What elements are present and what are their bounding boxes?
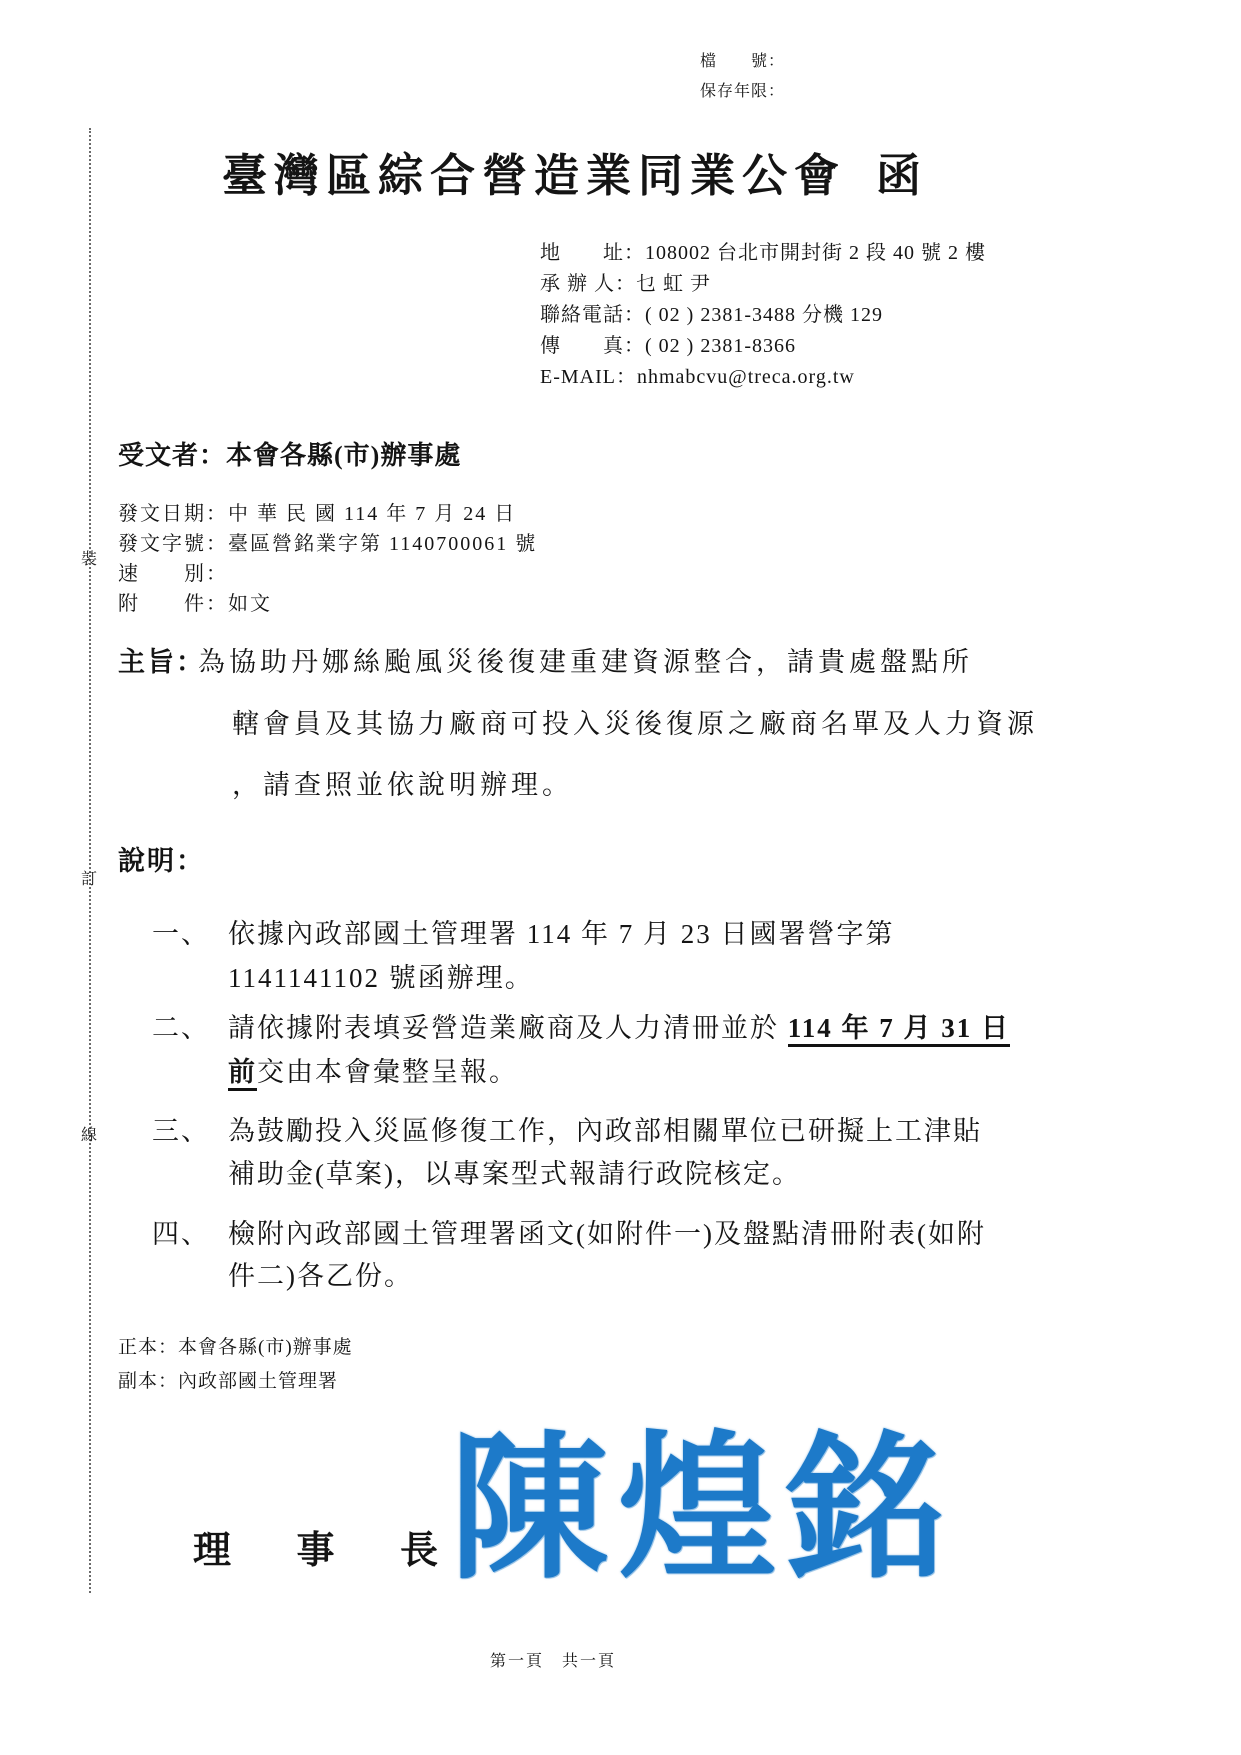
doc-number: 發文字號：臺區營銘業字第 1140700061 號 [118,532,537,557]
subject-line-3: ，請查照並依說明辦理。 [232,769,573,803]
explanation-item2-number: 二、 [152,1012,210,1046]
document-title: 臺灣區綜合營造業同業公會 函 [222,148,921,204]
chairman-title: 理 事 長 [193,1528,466,1576]
contact-person: 承 辦 人：乜 虹 尹 [540,272,711,297]
subject-line-1: 為協助丹娜絲颱風災後復建重建資源整合，請貴處盤點所 [198,646,973,680]
item2-line1-normal: 請依據附表填妥營造業廠商及人力清冊並於 [228,1013,788,1043]
recipient-line: 受文者：本會各縣(市)辦事處 [118,440,461,473]
distribution-copy: 副本：內政部國土管理署 [118,1370,338,1394]
binding-mark-ding: 訂 [81,872,97,888]
speed-class: 速 別： [118,562,228,587]
contact-address: 地 址：108002 台北市開封街 2 段 40 號 2 樓 [540,241,986,266]
explanation-item1-number: 一、 [152,918,210,952]
item2-deadline-part1: 114 年 7 月 31 日 [788,1013,1010,1047]
explanation-item4-line2: 件二)各乙份。 [228,1260,413,1294]
explanation-item1-line1: 依據內政部國土管理署 114 年 7 月 23 日國署營字第 [228,918,895,952]
explanation-item3-line2: 補助金(草案)，以專案型式報請行政院核定。 [228,1158,801,1192]
item2-deadline-part2: 前 [228,1057,257,1091]
contact-email: E-MAIL：nhmabcvu@treca.org.tw [540,365,855,390]
item2-line2-normal: 交由本會彙整呈報。 [257,1057,518,1087]
chairman-signature-stamp: 陳煌銘 [450,1432,954,1590]
binding-mark-zhuang: 裝 [81,552,97,568]
document-page: 裝 訂 線 檔 號： 保存年限： 臺灣區綜合營造業同業公會 函 地 址：1080… [0,0,1241,1755]
subject-line-2: 轄會員及其協力廠商可投入災後復原之廠商名單及人力資源 [232,708,1038,742]
contact-fax: 傳 真：( 02 ) 2381-8366 [540,334,796,359]
organization-name: 臺灣區綜合營造業同業公會 [222,148,846,204]
binding-mark-xian: 線 [81,1128,97,1144]
explanation-item2-line2: 前交由本會彙整呈報。 [228,1056,518,1090]
binding-dotted-line [89,128,91,1593]
document-type: 函 [876,148,921,204]
explanation-item4-number: 四、 [152,1218,210,1252]
subject-label: 主旨： [118,646,205,680]
explanation-label: 說明： [118,845,205,879]
contact-phone: 聯絡電話：( 02 ) 2381-3488 分機 129 [540,303,883,328]
retention-period-label: 保存年限： [700,82,785,102]
file-number-label: 檔 號： [700,52,785,72]
page-footer: 第一頁 共一頁 [490,1652,616,1672]
explanation-item3-number: 三、 [152,1115,210,1149]
explanation-item1-line2: 1141141102 號函辦理。 [228,962,534,996]
explanation-item2-line1: 請依據附表填妥營造業廠商及人力清冊並於 114 年 7 月 31 日 [228,1012,1010,1046]
explanation-item4-line1: 檢附內政部國土管理署函文(如附件一)及盤點清冊附表(如附 [228,1218,986,1252]
issue-date: 發文日期：中 華 民 國 114 年 7 月 24 日 [118,502,516,527]
explanation-item3-line1: 為鼓勵投入災區修復工作，內政部相關單位已研擬上工津貼 [228,1115,982,1149]
distribution-original: 正本：本會各縣(市)辦事處 [118,1336,353,1360]
attachment-line: 附 件：如文 [118,592,272,617]
